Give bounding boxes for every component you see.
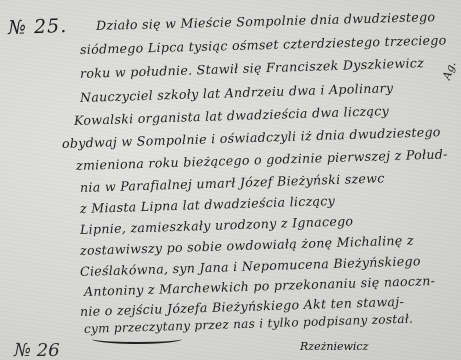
record-line-1: Działo się w Mieście Sompolnie dnia dwud… <box>96 9 436 33</box>
record-line-6: obydwaj w Sompolnie i oświadczyli iż dni… <box>62 124 441 151</box>
record-line-3: roku w południe. Stawił się Franciszek D… <box>80 55 425 81</box>
record-line-8: nia w Parafialnej umarł Józef Bieżyński … <box>80 170 385 195</box>
record-line-5: Kowalski organista lat dwadzieścia dwa l… <box>74 103 390 128</box>
record-line-2: siódmego Lipca tysiąc ośmset czterdziest… <box>80 32 447 57</box>
record-line-7: zmieniona roku bieżącego o godzinie pier… <box>76 146 448 173</box>
record-line-9: z Miasta Lipna lat dwadzieścia liczący <box>80 193 336 216</box>
next-entry-number: № 26 <box>14 340 60 360</box>
record-line-4: Nauczyciel szkoły lat Andrzeiu dwa i Apo… <box>80 80 394 105</box>
document-scan: № 25. Działo się w Mieście Sompolnie dni… <box>0 0 461 360</box>
margin-note: Ag. <box>440 60 459 82</box>
entry-number: № 25. <box>8 15 68 39</box>
signature-flourish <box>92 334 182 344</box>
signature-lower: Rzeżniewicz <box>300 340 368 353</box>
record-line-10: Lipnie, zamieszkały urodzony z Ignacego <box>80 213 354 237</box>
